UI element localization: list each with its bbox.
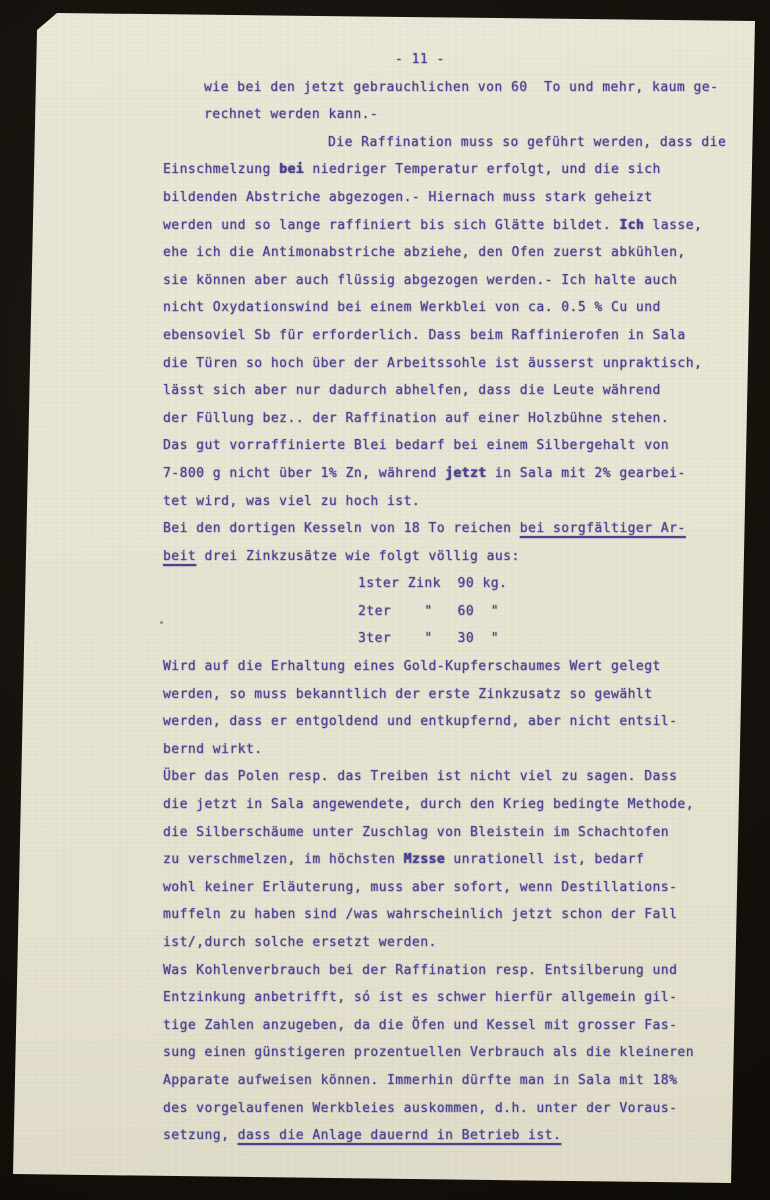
- document-line: tet wird, was viel zu hoch ist.: [163, 488, 753, 516]
- text-segment: bei sorgfältiger Ar-: [520, 521, 686, 536]
- document-line: die Türen so hoch über der Arbeitssohle …: [163, 350, 753, 378]
- document-line: bildenden Abstriche abgezogen.- Hiernach…: [163, 184, 753, 212]
- document-line: sie können aber auch flüssig abgezogen w…: [163, 267, 753, 295]
- document-line: sung einen günstigeren prozentuellen Ver…: [163, 1039, 753, 1067]
- text-segment: die jetzt in Sala angewendete, durch den…: [163, 797, 694, 812]
- text-segment: Einschmelzung: [163, 162, 279, 177]
- document-line: wohl keiner Erläuterung, muss aber sofor…: [163, 874, 753, 902]
- text-segment: bernd wirkt.: [163, 742, 263, 757]
- document-line: Apparate aufweisen können. Immerhin dürf…: [163, 1067, 753, 1095]
- document-line: werden, so muss bekanntlich der erste Zi…: [163, 681, 753, 709]
- text-segment: setzung,: [163, 1128, 238, 1143]
- text-segment: lässt sich aber nur dadurch abhelfen, da…: [163, 383, 661, 398]
- text-segment: bei: [279, 162, 304, 177]
- text-segment: bildenden Abstriche abgezogen.- Hiernach…: [163, 190, 653, 205]
- text-segment: Die Raffination muss so geführt werden, …: [328, 135, 726, 150]
- document-line: 2ter " 60 ": [163, 598, 753, 626]
- page-number: - 11 -: [163, 46, 753, 74]
- document-line: lässt sich aber nur dadurch abhelfen, da…: [163, 377, 753, 405]
- document-line: werden, dass er entgoldend und entkupfer…: [163, 708, 753, 736]
- document-line: Über das Polen resp. das Treiben ist nic…: [163, 763, 753, 791]
- typewritten-text-block: - 11 - wie bei den jetzt gebrauchlichen …: [163, 46, 753, 1150]
- text-segment: wohl keiner Erläuterung, muss aber sofor…: [163, 880, 677, 895]
- text-segment: Apparate aufweisen können. Immerhin dürf…: [163, 1073, 677, 1088]
- text-segment: werden, so muss bekanntlich der erste Zi…: [163, 687, 653, 702]
- text-segment: sie können aber auch flüssig abgezogen w…: [163, 273, 677, 288]
- text-segment: zu verschmelzen, im höchsten: [163, 852, 404, 867]
- text-segment: niedriger Temperatur erfolgt, und die si…: [304, 162, 661, 177]
- text-segment: die Türen so hoch über der Arbeitssohle …: [163, 356, 702, 371]
- text-segment: Das gut vorraffinierte Blei bedarf bei e…: [163, 438, 669, 453]
- document-line: 1ster Zink 90 kg.: [163, 570, 753, 598]
- document-line: Die Raffination muss so geführt werden, …: [163, 129, 753, 157]
- document-line: 3ter " 30 ": [163, 625, 753, 653]
- scan-background: - 11 - wie bei den jetzt gebrauchlichen …: [0, 0, 770, 1200]
- text-segment: in Sala mit 2% gearbei-: [487, 466, 686, 481]
- text-segment: der Füllung bez.. der Raffination auf ei…: [163, 411, 669, 426]
- text-segment: 3ter " 30 ": [358, 631, 499, 646]
- text-segment: ebensoviel Sb für erforderlich. Dass bei…: [163, 328, 686, 343]
- text-segment: die Silberschäume unter Zuschlag von Ble…: [163, 825, 669, 840]
- text-segment: ehe ich die Antimonabstriche abziehe, de…: [163, 245, 686, 260]
- document-line: die Silberschäume unter Zuschlag von Ble…: [163, 819, 753, 847]
- text-segment: tige Zahlen anzugeben, da die Öfen und K…: [163, 1018, 677, 1033]
- text-segment: 1ster Zink 90 kg.: [358, 576, 507, 591]
- document-line: die jetzt in Sala angewendete, durch den…: [163, 791, 753, 819]
- text-segment: 7-800 g nicht über 1% Zn, während: [163, 466, 445, 481]
- text-segment: werden, dass er entgoldend und entkupfer…: [163, 714, 677, 729]
- document-line: bernd wirkt.: [163, 736, 753, 764]
- document-line: 7-800 g nicht über 1% Zn, während jetzt …: [163, 460, 753, 488]
- text-segment: unrationell ist, bedarf: [445, 852, 644, 867]
- document-line: zu verschmelzen, im höchsten Mzsse unrat…: [163, 846, 753, 874]
- document-line: nicht Oxydationswind bei einem Werkblei …: [163, 294, 753, 322]
- document-line: der Füllung bez.. der Raffination auf ei…: [163, 405, 753, 433]
- text-segment: ist/,durch solche ersetzt werden.: [163, 935, 437, 950]
- document-line: rechnet werden kann.-: [163, 101, 753, 129]
- document-line: Entzinkung anbetrifft, só ist es schwer …: [163, 984, 753, 1012]
- document-line: Wird auf die Erhaltung eines Gold-Kupfer…: [163, 653, 753, 681]
- document-line: werden und so lange raffiniert bis sich …: [163, 212, 753, 240]
- text-segment: Ich: [619, 218, 644, 233]
- document-line: setzung, dass die Anlage dauernd in Betr…: [163, 1122, 753, 1150]
- document-line: tige Zahlen anzugeben, da die Öfen und K…: [163, 1012, 753, 1040]
- text-segment: beit: [163, 549, 196, 564]
- text-segment: tet wird, was viel zu hoch ist.: [163, 494, 420, 509]
- text-segment: Wird auf die Erhaltung eines Gold-Kupfer…: [163, 659, 661, 674]
- document-line: Einschmelzung bei niedriger Temperatur e…: [163, 156, 753, 184]
- text-segment: werden und so lange raffiniert bis sich …: [163, 218, 619, 233]
- document-line: Das gut vorraffinierte Blei bedarf bei e…: [163, 432, 753, 460]
- document-line: des vorgelaufenen Werkbleies auskommen, …: [163, 1095, 753, 1123]
- document-line: ehe ich die Antimonabstriche abziehe, de…: [163, 239, 753, 267]
- text-segment: Über das Polen resp. das Treiben ist nic…: [163, 769, 677, 784]
- text-segment: des vorgelaufenen Werkbleies auskommen, …: [163, 1101, 677, 1116]
- text-segment: lasse,: [644, 218, 702, 233]
- document-line: ist/,durch solche ersetzt werden.: [163, 929, 753, 957]
- document-line: ebensoviel Sb für erforderlich. Dass bei…: [163, 322, 753, 350]
- text-segment: Was Kohlenverbrauch bei der Raffination …: [163, 963, 677, 978]
- text-segment: jetzt: [445, 466, 486, 481]
- document-line: Bei den dortigen Kesseln von 18 To reich…: [163, 515, 753, 543]
- text-segment: 2ter " 60 ": [358, 604, 499, 619]
- document-page: - 11 - wie bei den jetzt gebrauchlichen …: [0, 0, 770, 1200]
- text-segment: dass die Anlage dauernd in Betrieb ist.: [238, 1128, 562, 1143]
- text-segment: wie bei den jetzt gebrauchlichen von 60 …: [204, 80, 718, 95]
- text-segment: drei Zinkzusätze wie folgt völlig aus:: [196, 549, 520, 564]
- document-line: wie bei den jetzt gebrauchlichen von 60 …: [163, 74, 753, 102]
- text-segment: muffeln zu haben sind /was wahrscheinlic…: [163, 907, 677, 922]
- document-line: Was Kohlenverbrauch bei der Raffination …: [163, 957, 753, 985]
- text-segment: sung einen günstigeren prozentuellen Ver…: [163, 1045, 694, 1060]
- text-segment: rechnet werden kann.-: [204, 107, 378, 122]
- document-line: muffeln zu haben sind /was wahrscheinlic…: [163, 901, 753, 929]
- text-segment: Bei den dortigen Kesseln von 18 To reich…: [163, 521, 520, 536]
- document-line: beit drei Zinkzusätze wie folgt völlig a…: [163, 543, 753, 571]
- text-segment: Entzinkung anbetrifft, só ist es schwer …: [163, 990, 677, 1005]
- text-segment: Mzsse: [404, 852, 445, 867]
- document-lines: wie bei den jetzt gebrauchlichen von 60 …: [163, 74, 753, 1150]
- text-segment: nicht Oxydationswind bei einem Werkblei …: [163, 300, 661, 315]
